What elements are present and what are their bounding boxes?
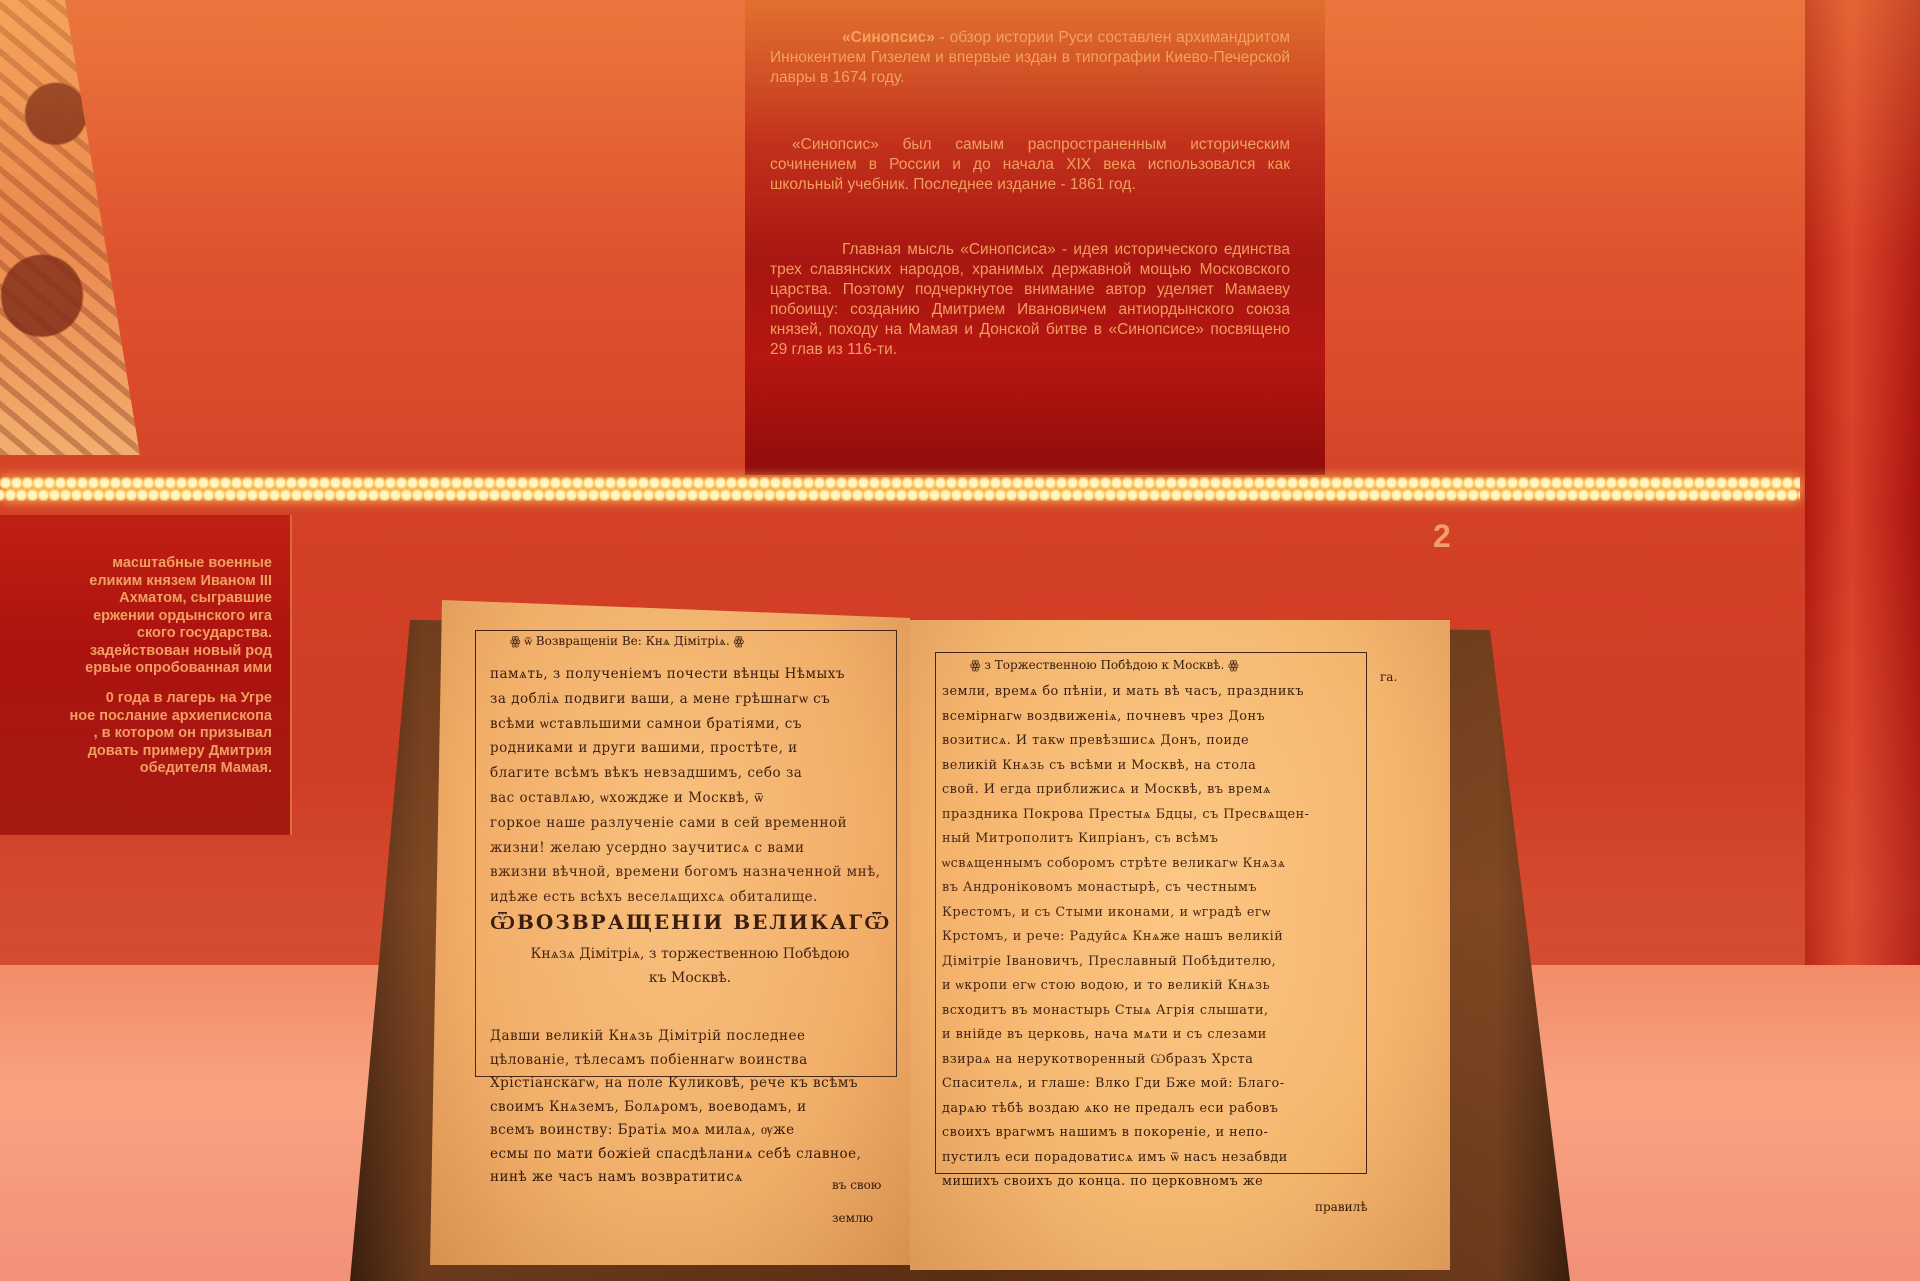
placard-paragraph-2: «Синопсис» был самым распространенным ис… <box>770 135 1290 195</box>
manuscript-text: Давши великій Кнѧзь Дімітрій последнее ц… <box>490 1025 900 1190</box>
catchword: землю <box>832 1211 873 1225</box>
catchword: въ свою <box>832 1178 881 1192</box>
placard-bold-lead: «Синопсис» <box>842 29 935 46</box>
led-light-strip <box>0 475 1800 505</box>
catchword: правилѣ <box>1315 1200 1367 1214</box>
chapter-subtitle: Кнѧзѧ Дімітріѧ, з торжественною Побѣдою … <box>490 942 890 990</box>
left-placard-paragraph-1: масштабные военные еликим князем Иваном … <box>0 555 272 678</box>
manuscript-text: земли, времѧ бо пѣніи, и мать вѣ часъ, п… <box>942 680 1367 1195</box>
running-head: ꙮ ѿ Возвращеніи Ве: Кнѧ Дімітріѧ. ꙮ <box>510 634 744 649</box>
synopsis-info-placard: «Синопсис» - обзор истории Руси составле… <box>745 0 1325 475</box>
open-manuscript-book: ꙮ ѿ Возвращеніи Ве: Кнѧ Дімітріѧ. ꙮ памѧ… <box>350 600 1570 1281</box>
case-number-label: 2 <box>1433 518 1451 555</box>
chapter-title: ѾВОЗВРАЩЕНІИ ВЕЛИКАГѾ <box>490 910 891 935</box>
illuminated-miniature-battle-scene <box>0 0 140 455</box>
ugra-info-placard: масштабные военные еликим князем Иваном … <box>0 515 292 835</box>
manuscript-text: памѧть, з полученіемъ почести вѣнцы Нѣмы… <box>490 662 900 910</box>
margin-note: га. <box>1380 670 1397 684</box>
placard-paragraph-1: «Синопсис» - обзор истории Руси составле… <box>770 28 1290 88</box>
right-page: ꙮ з Торжественною Побѣдою к Москвѣ. ꙮ га… <box>910 620 1450 1270</box>
left-page: ꙮ ѿ Возвращеніи Ве: Кнѧ Дімітріѧ. ꙮ памѧ… <box>430 600 910 1265</box>
left-placard-paragraph-2: 0 года в лагерь на Угре ное послание арх… <box>0 690 272 778</box>
placard-paragraph-3: Главная мысль «Синопсиса» - идея историч… <box>770 240 1290 360</box>
running-head: ꙮ з Торжественною Побѣдою к Москвѣ. ꙮ <box>970 658 1239 672</box>
museum-display-scene: «Синопсис» - обзор истории Руси составле… <box>0 0 1920 1281</box>
